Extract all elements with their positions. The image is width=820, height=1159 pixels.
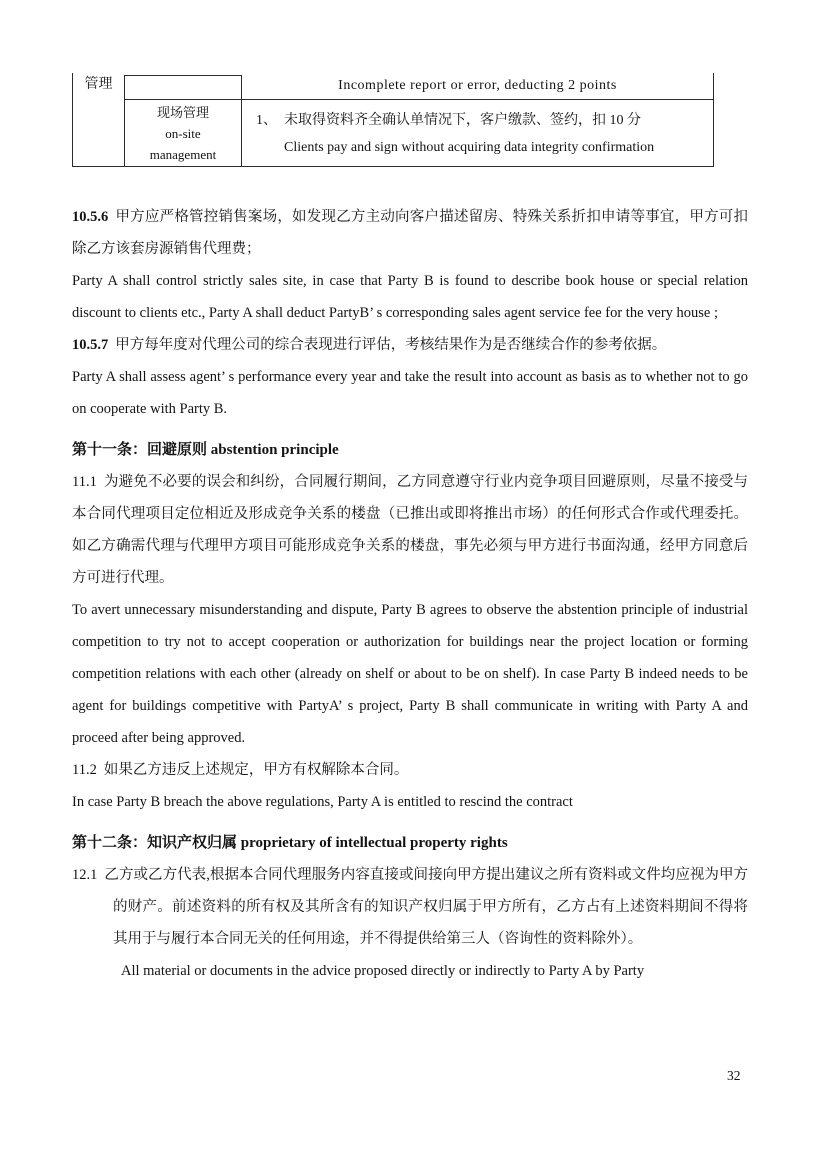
clause-text: 乙方或乙方代表,根据本合同代理服务内容直接或间接向甲方提出建议之所有资料或文件均…	[104, 867, 748, 947]
criteria-row2-zh: 未取得资料齐全确认单情况下，客户缴款、签约，扣 10 分	[284, 113, 641, 128]
clause-12-1-zh: 12.1乙方或乙方代表,根据本合同代理服务内容直接或间接向甲方提出建议之所有资料…	[72, 859, 748, 955]
clause-text: Party A shall control strictly sales sit…	[72, 273, 748, 321]
clause-text: 甲方每年度对代理公司的综合表现进行评估，考核结果作为是否继续合作的参考依据。	[115, 337, 666, 353]
list-item-marker: 1、	[256, 107, 284, 161]
clause-11-1-en: To avert unnecessary misunderstanding an…	[72, 594, 748, 754]
onsite-label-zh: 现场管理	[125, 102, 241, 123]
clause-11-2-zh: 11.2如果乙方违反上述规定，甲方有权解除本合同。	[72, 754, 748, 786]
clause-10-5-6-en: Party A shall control strictly sales sit…	[72, 265, 748, 329]
table-cell-criteria-row1: Incomplete report or error, deducting 2 …	[242, 73, 713, 100]
clause-number: 11.1	[72, 474, 97, 490]
clause-number: 11.2	[72, 762, 97, 778]
page-content: 管理 Incomplete report or error, deducting…	[72, 73, 748, 987]
criteria-row2-body: 未取得资料齐全确认单情况下，客户缴款、签约，扣 10 分 Clients pay…	[284, 107, 654, 161]
clause-text: 为避免不必要的误会和纠纷，合同履行期间，乙方同意遵守行业内竞争项目回避原则，尽量…	[72, 474, 748, 586]
clause-number: 10.5.7	[72, 337, 108, 353]
clause-12-1-en: All material or documents in the advice …	[72, 955, 748, 987]
clause-11-1-zh: 11.1为避免不必要的误会和纠纷，合同履行期间，乙方同意遵守行业内竞争项目回避原…	[72, 466, 748, 594]
criteria-list-item: 1、 未取得资料齐全确认单情况下，客户缴款、签约，扣 10 分 Clients …	[256, 107, 709, 161]
clause-number: 12.1	[72, 867, 97, 883]
criteria-row1-text: Incomplete report or error, deducting 2 …	[338, 78, 617, 93]
clause-number: 10.5.6	[72, 209, 108, 225]
article-11-heading: 第十一条：回避原则 abstention principle	[72, 434, 748, 466]
table-cell-category-onsite: 现场管理 on-site management	[124, 100, 242, 166]
clause-text: 甲方应严格管控销售案场，如发现乙方主动向客户描述留房、特殊关系折扣申请等事宜，甲…	[72, 209, 748, 257]
table-cell-empty	[124, 75, 242, 100]
onsite-label-en-1: on-site	[125, 123, 241, 144]
clause-text: To avert unnecessary misunderstanding an…	[72, 602, 748, 746]
clause-text: In case Party B breach the above regulat…	[72, 794, 573, 810]
clause-text: 如果乙方违反上述规定，甲方有权解除本合同。	[104, 762, 409, 778]
clause-text: Party A shall assess agent’ s performanc…	[72, 369, 748, 417]
clause-10-5-7-en: Party A shall assess agent’ s performanc…	[72, 361, 748, 425]
clause-10-5-6-zh: 10.5.6甲方应严格管控销售案场，如发现乙方主动向客户描述留房、特殊关系折扣申…	[72, 201, 748, 265]
clause-text: All material or documents in the advice …	[121, 963, 644, 979]
document-page: 管理 Incomplete report or error, deducting…	[0, 0, 820, 1159]
onsite-label-en-2: management	[125, 144, 241, 165]
table-cell-category-group: 管理	[73, 73, 124, 166]
page-number: 32	[727, 1067, 741, 1085]
clause-11-2-en: In case Party B breach the above regulat…	[72, 786, 748, 818]
table-cell-criteria-row2: 1、 未取得资料齐全确认单情况下，客户缴款、签约，扣 10 分 Clients …	[242, 100, 713, 166]
category-group-label: 管理	[85, 77, 113, 92]
assessment-table: 管理 Incomplete report or error, deducting…	[72, 73, 714, 167]
article-12-heading: 第十二条：知识产权归属 proprietary of intellectual …	[72, 827, 748, 859]
clause-10-5-7-zh: 10.5.7甲方每年度对代理公司的综合表现进行评估，考核结果作为是否继续合作的参…	[72, 329, 748, 361]
criteria-row2-en: Clients pay and sign without acquiring d…	[284, 140, 654, 155]
